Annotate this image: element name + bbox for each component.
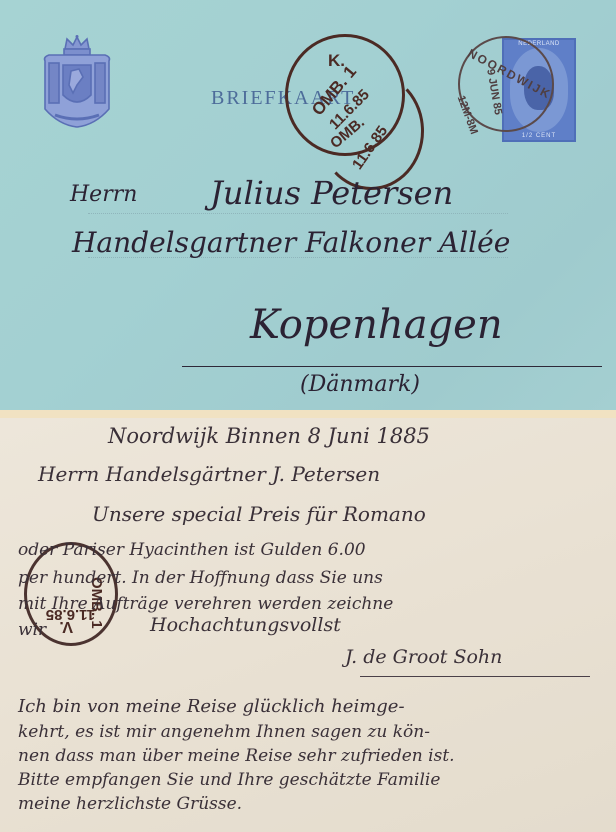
address-country: (Dänmark) (300, 372, 420, 397)
postmark-back-letter: V. (59, 617, 73, 635)
address-name: Julius Petersen (210, 174, 453, 212)
letter-ps-line-4: Bitte empfangen Sie und Ihre geschätzte … (18, 770, 440, 790)
address-underline (182, 366, 602, 367)
postmark-noordwijk-time: 12M-8M (455, 94, 480, 136)
letter-body-line-1: Unsere special Preis für Romano (92, 502, 426, 526)
letter-place-date: Noordwijk Binnen 8 Juni 1885 (108, 424, 430, 448)
stamp-value: 1/2 CENT (504, 133, 574, 139)
card-divider (0, 410, 616, 418)
letter-body-line-3: per hundert. In der Hoffnung dass Sie un… (18, 568, 383, 588)
letter-ps-line-2: kehrt, es ist mir angenehm Ihnen sagen z… (18, 722, 430, 742)
letter-recipient: Herrn Handelsgärtner J. Petersen (38, 462, 380, 486)
letter-ps-line-1: Ich bin von meine Reise glücklich heimge… (18, 696, 405, 717)
postcard-back: 11.6.85 OMB. 1 V. Noordwijk Binnen 8 Jun… (0, 418, 616, 832)
letter-ps-line-3: nen dass man über meine Reise sehr zufri… (18, 746, 455, 766)
address-occupation-street: Handelsgartner Falkoner Allée (72, 226, 510, 259)
postmark-noordwijk-place: NOORDWIJK (465, 46, 553, 102)
letter-closing: Hochachtungsvollst (150, 614, 341, 636)
letter-signature: J. de Groot Sohn (345, 646, 502, 668)
letter-body-line-5: wir (18, 620, 46, 640)
signature-underline (360, 676, 590, 677)
address-rule-1 (88, 213, 508, 214)
address-salutation: Herrn (70, 182, 137, 207)
postcard-front: BRIEFKAART NEDERLAND 1/2 CENT NOORDWIJK … (0, 0, 616, 410)
letter-ps-line-5: meine herzlichste Grüsse. (18, 794, 242, 814)
postmark-copenhagen-2: OMB. 11.6.85 (318, 72, 424, 190)
coat-of-arms-icon (35, 35, 120, 135)
letter-body-line-2: oder Pariser Hyacinthen ist Gulden 6.00 (18, 540, 366, 560)
postmark-noordwijk: NOORDWIJK 9 JUN 85 12M-8M (458, 36, 554, 132)
address-city: Kopenhagen (250, 302, 503, 348)
letter-body-line-4: mit Ihre Aufträge verehren werden zeichn… (18, 594, 393, 614)
